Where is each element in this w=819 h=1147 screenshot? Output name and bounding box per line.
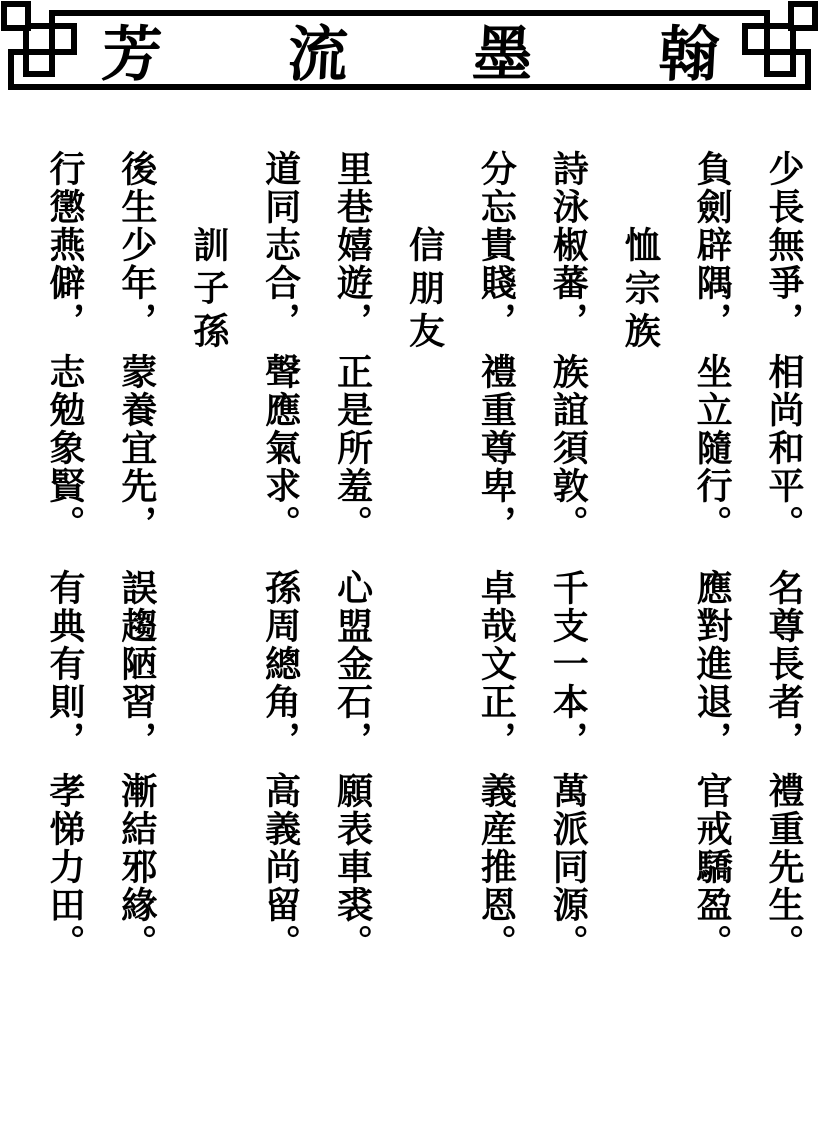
verse-column: 行懲燕僻，志勉象賢。有典有則，孝悌力田。 bbox=[42, 150, 86, 970]
phrase: 志勉象賢。 bbox=[44, 353, 86, 543]
phrase: 卓哉文正， bbox=[475, 569, 517, 759]
section-descendants: 訓子孫 後生少年，蒙養宜先，誤趨陋習，漸結邪緣。 行懲燕僻，志勉象賢。有典有則，… bbox=[42, 150, 230, 970]
verse-column: 里巷嬉遊，正是所羞。心盟金石，願表車裘。 bbox=[330, 150, 374, 970]
phrase: 坐立隨行。 bbox=[691, 353, 733, 543]
phrase: 詩泳椒蕃， bbox=[547, 150, 589, 340]
phrase: 誤趨陋習， bbox=[116, 569, 158, 759]
verse-column: 少長無爭，相尚和平。名尊長者，禮重先生。 bbox=[761, 150, 805, 970]
phrase: 族誼須敦。 bbox=[547, 353, 589, 543]
phrase: 相尚和平。 bbox=[763, 353, 805, 543]
section-friends: 信朋友 里巷嬉遊，正是所羞。心盟金石，願表車裘。 道同志合，聲應氣求。孫周總角，… bbox=[258, 150, 446, 970]
verse-column: 道同志合，聲應氣求。孫周總角，高義尚留。 bbox=[258, 150, 302, 970]
phrase: 蒙養宜先， bbox=[116, 353, 158, 543]
phrase: 孝悌力田。 bbox=[44, 772, 86, 962]
phrase: 名尊長者， bbox=[763, 569, 805, 759]
scripture-text: 少長無爭，相尚和平。名尊長者，禮重先生。 負劍辟隅，坐立隨行。應對進退，官戒驕盈… bbox=[14, 150, 805, 970]
phrase: 義産推恩。 bbox=[475, 772, 517, 962]
phrase: 願表車裘。 bbox=[332, 772, 374, 962]
title-char: 芳 bbox=[100, 7, 165, 93]
phrase: 萬派同源。 bbox=[547, 772, 589, 962]
phrase: 行懲燕僻， bbox=[44, 150, 86, 340]
phrase: 官戒驕盈。 bbox=[691, 772, 733, 962]
genealogy-page: 芳 流 墨 翰 少長無爭，相尚和平。名尊長者，禮重先生。 負劍辟隅，坐立隨行。應… bbox=[0, 0, 819, 1147]
section-opening: 少長無爭，相尚和平。名尊長者，禮重先生。 負劍辟隅，坐立隨行。應對進退，官戒驕盈… bbox=[689, 150, 805, 970]
section-title: 恤宗族 bbox=[617, 150, 661, 970]
phrase: 負劍辟隅， bbox=[691, 150, 733, 340]
phrase: 高義尚留。 bbox=[260, 772, 302, 962]
phrase: 分忘貴賤， bbox=[475, 150, 517, 340]
phrase: 千支一本， bbox=[547, 569, 589, 759]
verse-column: 分忘貴賤，禮重尊卑，卓哉文正，義産推恩。 bbox=[473, 150, 517, 970]
phrase: 少長無爭， bbox=[763, 150, 805, 340]
phrase: 聲應氣求。 bbox=[260, 353, 302, 543]
title-char: 翰 bbox=[657, 7, 722, 93]
banner-title: 芳 流 墨 翰 bbox=[0, 12, 819, 88]
phrase: 道同志合， bbox=[260, 150, 302, 340]
phrase: 有典有則， bbox=[44, 569, 86, 759]
phrase: 漸結邪緣。 bbox=[116, 772, 158, 962]
phrase: 孫周總角， bbox=[260, 569, 302, 759]
phrase: 正是所羞。 bbox=[332, 353, 374, 543]
section-title: 訓子孫 bbox=[186, 150, 230, 970]
section-title: 信朋友 bbox=[402, 150, 446, 970]
title-banner: 芳 流 墨 翰 bbox=[0, 0, 819, 102]
phrase: 里巷嬉遊， bbox=[332, 150, 374, 340]
title-char: 流 bbox=[285, 7, 350, 93]
title-char: 墨 bbox=[471, 7, 536, 93]
phrase: 禮重尊卑， bbox=[475, 353, 517, 543]
verse-column: 負劍辟隅，坐立隨行。應對進退，官戒驕盈。 bbox=[689, 150, 733, 970]
phrase: 應對進退， bbox=[691, 569, 733, 759]
phrase: 心盟金石， bbox=[332, 569, 374, 759]
phrase: 禮重先生。 bbox=[763, 772, 805, 962]
verse-column: 後生少年，蒙養宜先，誤趨陋習，漸結邪緣。 bbox=[114, 150, 158, 970]
section-clan: 恤宗族 詩泳椒蕃，族誼須敦。千支一本，萬派同源。 分忘貴賤，禮重尊卑，卓哉文正，… bbox=[473, 150, 661, 970]
phrase: 後生少年， bbox=[116, 150, 158, 340]
verse-column: 詩泳椒蕃，族誼須敦。千支一本，萬派同源。 bbox=[545, 150, 589, 970]
